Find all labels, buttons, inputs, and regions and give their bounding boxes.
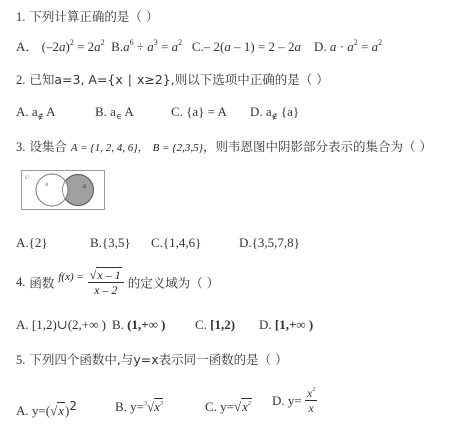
option-c[interactable]: C. {a} = A (171, 104, 227, 120)
option-c[interactable]: C. [1,2) (195, 317, 235, 333)
question-2-stem: 2. 已知a=3, A={x ∣ x≥2},则以下选项中正确的是（ ） (16, 70, 329, 88)
option-b[interactable]: B. a∈ A (95, 104, 134, 120)
option-d[interactable]: D. [1,+∞ ) (259, 317, 313, 333)
option-a[interactable]: A. y=(√x)2 (16, 399, 77, 419)
question-3-stem: 3. 设集合 A = {1, 2, 4, 6}， B = {2,3,5}，则韦恩… (16, 137, 432, 155)
option-c[interactable]: C.{1,4,6} (151, 235, 201, 251)
question-text: 已知a=3, A={x ∣ x≥2},则以下选项中正确的是（ ） (29, 72, 328, 87)
option-d[interactable]: D. a∉ {a} (250, 104, 299, 120)
set-b: B = {2,3,5} (153, 142, 203, 154)
question-5-stem: 5. 下列四个函数中,与y=x表示同一函数的是（ ） (16, 350, 288, 368)
svg-text:U: U (25, 176, 29, 181)
option-a[interactable]: A. [1,2)∪(2,+∞ ) (16, 317, 106, 333)
option-c[interactable]: C. y=√x2 (205, 399, 252, 415)
svg-text:B: B (83, 185, 86, 190)
question-text: 下列计算正确的是（ ） (29, 9, 158, 24)
function-fraction: √x – 1 x – 2 (88, 268, 124, 297)
option-b[interactable]: B.{3,5} (90, 235, 131, 251)
option-d[interactable]: D. y= x2 x (272, 386, 317, 415)
option-b[interactable]: B.a6 ÷ a3 = a2 (111, 39, 182, 54)
function-name: f(x) = (58, 271, 83, 283)
question-number: 3. (16, 140, 25, 154)
option-d[interactable]: D. a · a2 = a2 (314, 39, 382, 54)
venn-diagram: U A B (21, 170, 105, 210)
question-1-stem: 1. 下列计算正确的是（ ） (16, 7, 158, 25)
set-a: A = {1, 2, 4, 6}， (71, 142, 149, 154)
question-number: 4. (16, 275, 25, 289)
venn-svg: U A B (22, 171, 104, 209)
option-a[interactable]: A.{2} (16, 235, 48, 251)
numerator: x – 1 (96, 267, 121, 282)
question-number: 2. (16, 73, 25, 87)
option-d[interactable]: D.{3,5,7,8} (239, 235, 300, 251)
question-5-options: A. y=(√x)2 B. y=3√x3 C. y=√x2 D. y= x2 x (16, 383, 446, 423)
question-text: 下列四个函数中,与y=x表示同一函数的是（ ） (29, 352, 287, 367)
question-number: 5. (16, 353, 25, 367)
option-b[interactable]: B. y=3√x3 (115, 399, 163, 415)
option-c[interactable]: C.– 2(a – 1) = 2 – 2a (192, 39, 301, 54)
denominator: x – 2 (88, 283, 124, 297)
question-1-options: A． (–2a)2 = 2a2 B.a6 ÷ a3 = a2 C.– 2(a –… (16, 36, 382, 55)
question-number: 1. (16, 10, 25, 24)
question-4-stem: 4. 函数 f(x) = √x – 1 x – 2 的定义域为（ ） (16, 268, 219, 302)
option-a[interactable]: A． (–2a)2 = 2a2 (16, 39, 105, 54)
option-b[interactable]: B. (1,+∞ ) (112, 317, 166, 333)
option-a[interactable]: A. a∉ A (16, 104, 56, 120)
